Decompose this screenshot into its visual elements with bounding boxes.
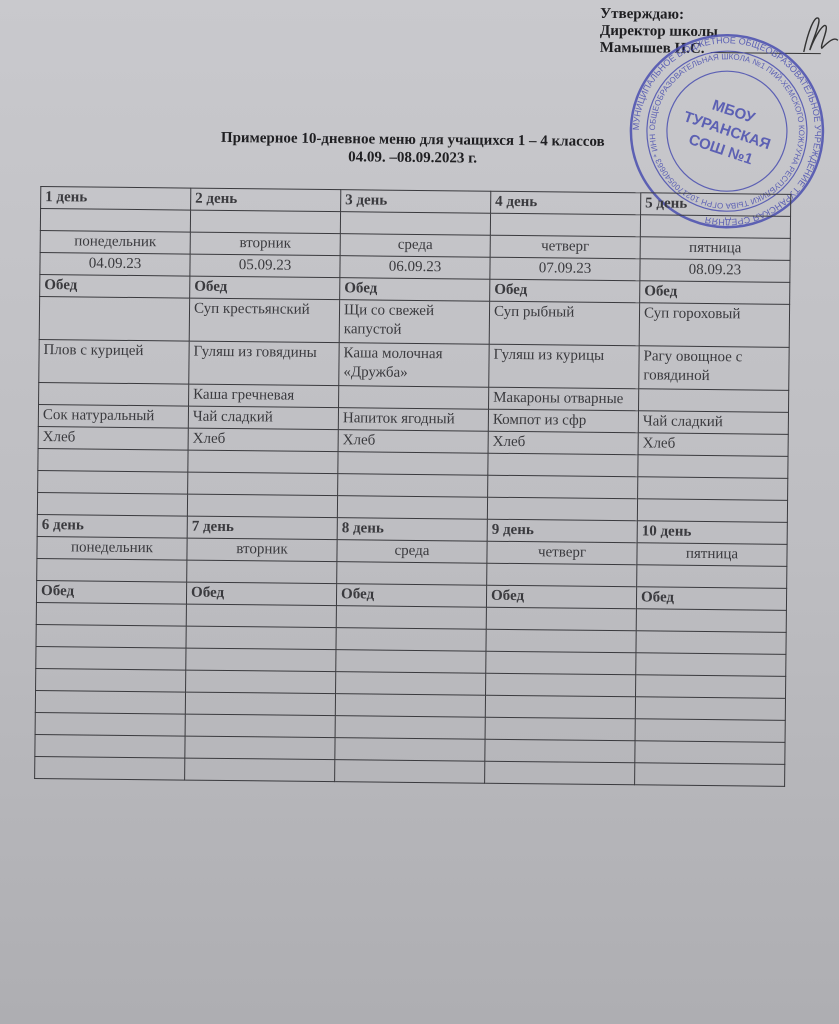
meal-header-row-cell: Обед <box>490 279 640 303</box>
dish-row-cell: Напиток ягодный <box>338 408 488 432</box>
empty-row-cell <box>636 631 786 655</box>
empty-row-cell <box>36 646 186 670</box>
empty-row-cell <box>187 560 337 584</box>
empty-row-cell <box>335 694 485 718</box>
dish-row-cell: Чай сладкий <box>188 406 338 430</box>
dish-row-cell <box>339 386 489 410</box>
empty-row-cell <box>190 210 340 234</box>
empty-row-cell <box>338 474 488 498</box>
empty-row-cell <box>35 756 185 780</box>
date-row-cell: 06.09.23 <box>340 256 490 280</box>
empty-row-cell <box>338 452 488 476</box>
empty-row-cell <box>186 648 336 672</box>
empty-row-cell <box>635 697 785 721</box>
meal-header-row-cell: Обед <box>190 276 340 300</box>
dish-row-cell: Плов с курицей <box>39 340 189 385</box>
dish-row-cell: Каша гречневая <box>189 384 339 408</box>
dish-row-cell: Сок натуральный <box>38 405 188 429</box>
dish-row-cell: Компот из сфр <box>488 409 638 433</box>
day-header-row-cell: 6 день <box>37 515 187 539</box>
empty-row-cell <box>37 559 187 583</box>
dish-row-cell: Гуляш из говядины <box>189 341 339 386</box>
dish-row-cell: Рагу овощное с говядиной <box>639 346 789 391</box>
meal-header-row-cell: Обед <box>336 584 486 608</box>
empty-row-cell <box>35 712 185 736</box>
dish-row-cell: Хлеб <box>38 427 188 451</box>
empty-row-cell <box>487 563 637 587</box>
day-header-row-cell: 8 день <box>337 518 487 542</box>
meal-header-row-cell: Обед <box>36 581 186 605</box>
empty-row-cell <box>635 719 785 743</box>
dish-row-cell <box>39 383 189 407</box>
empty-row-cell <box>38 449 188 473</box>
empty-row-cell <box>188 472 338 496</box>
empty-row-cell <box>638 477 788 501</box>
weekday-row-cell: понедельник <box>37 537 187 561</box>
empty-row-cell <box>36 624 186 648</box>
meal-header-row-cell: Обед <box>340 278 490 302</box>
empty-row-cell <box>485 761 635 785</box>
empty-row-cell <box>636 653 786 677</box>
meal-header-row-cell: Обед <box>636 587 786 611</box>
empty-row-cell <box>36 668 186 692</box>
day-header-row-cell: 1 день <box>41 187 191 211</box>
dish-row-cell: Щи со свежей капустой <box>339 300 489 345</box>
empty-row-cell <box>636 609 786 633</box>
empty-row-cell <box>185 758 335 782</box>
weekday-row-cell: пятница <box>640 237 790 261</box>
weekday-row-cell: вторник <box>190 232 340 256</box>
empty-row-cell <box>186 604 336 628</box>
dish-row-cell: Хлеб <box>338 430 488 454</box>
empty-row-cell <box>336 606 486 630</box>
weekday-row-cell: четверг <box>487 541 637 565</box>
weekday-row-cell: среда <box>337 540 487 564</box>
empty-row-cell <box>488 475 638 499</box>
empty-row-cell <box>637 499 787 523</box>
meal-header-row-cell: Обед <box>640 281 790 305</box>
empty-row-cell <box>40 209 190 233</box>
day-header-row-cell: 10 день <box>637 521 787 545</box>
empty-row-cell <box>638 455 788 479</box>
empty-row-cell <box>186 670 336 694</box>
empty-row-cell <box>485 739 635 763</box>
dish-row-cell <box>638 389 788 413</box>
dish-row-cell: Чай сладкий <box>638 411 788 435</box>
day-header-row-cell: 5 день <box>641 193 791 217</box>
empty-row-cell <box>38 471 188 495</box>
empty-row-cell <box>486 607 636 631</box>
empty-row-cell <box>486 651 636 675</box>
empty-row-cell <box>185 714 335 738</box>
dish-row-cell: Макароны отварные <box>489 387 639 411</box>
weekday-row-cell: вторник <box>187 538 337 562</box>
empty-row-cell <box>488 453 638 477</box>
empty-row-cell <box>485 695 635 719</box>
dish-row-cell: Каша молочная «Дружба» <box>339 343 489 388</box>
dish-row-cell: Хлеб <box>638 433 788 457</box>
dish-row-cell: Хлеб <box>488 431 638 455</box>
weekday-row-cell: среда <box>340 234 490 258</box>
empty-row-cell <box>635 741 785 765</box>
empty-row-cell <box>635 763 785 787</box>
empty-row-cell <box>35 734 185 758</box>
weekday-row-cell: пятница <box>637 543 787 567</box>
empty-row-cell <box>185 736 335 760</box>
date-row-cell: 05.09.23 <box>190 254 340 278</box>
meal-header-row-cell: Обед <box>486 585 636 609</box>
empty-row-cell <box>35 690 185 714</box>
meal-header-row-cell: Обед <box>40 275 190 299</box>
empty-row-cell <box>485 717 635 741</box>
empty-row-cell <box>36 602 186 626</box>
dish-row-cell: Суп крестьянский <box>189 298 339 343</box>
empty-row-cell <box>335 716 485 740</box>
empty-row-cell <box>187 494 337 518</box>
weekday-row-cell: четверг <box>490 235 640 259</box>
day-header-row-cell: 2 день <box>191 188 341 212</box>
empty-row-cell <box>487 497 637 521</box>
empty-row-cell <box>37 493 187 517</box>
empty-row-cell <box>637 565 787 589</box>
empty-row-cell <box>636 675 786 699</box>
empty-row-cell <box>490 213 640 237</box>
empty-row-cell <box>336 628 486 652</box>
document-title: Примерное 10-дневное меню для учащихся 1… <box>143 128 683 170</box>
weekday-row-cell: понедельник <box>40 231 190 255</box>
empty-row-cell <box>185 692 335 716</box>
empty-row-cell <box>486 629 636 653</box>
dish-row-cell: Хлеб <box>188 428 338 452</box>
empty-row-cell <box>340 212 490 236</box>
dish-row-cell: Суп рыбный <box>489 301 639 346</box>
day-header-row-cell: 7 день <box>187 516 337 540</box>
empty-row-cell <box>335 760 485 784</box>
empty-row-cell <box>336 672 486 696</box>
empty-row-cell <box>640 215 790 239</box>
date-row-cell: 07.09.23 <box>490 257 640 281</box>
dish-row-cell: Суп гороховый <box>639 303 789 348</box>
empty-row-cell <box>336 650 486 674</box>
empty-row-cell <box>188 450 338 474</box>
empty-row-cell <box>337 496 487 520</box>
dish-row-cell: Гуляш из курицы <box>489 344 639 389</box>
menu-table: 1 день2 день3 день4 день5 деньпонедельни… <box>34 186 791 787</box>
day-header-row-cell: 9 день <box>487 519 637 543</box>
date-row-cell: 04.09.23 <box>40 253 190 277</box>
meal-header-row-cell: Обед <box>186 582 336 606</box>
date-row-cell: 08.09.23 <box>640 259 790 283</box>
empty-row-cell <box>335 738 485 762</box>
empty-row-cell <box>337 562 487 586</box>
empty-row-cell <box>486 673 636 697</box>
day-header-row-cell: 3 день <box>341 190 491 214</box>
empty-row-cell <box>186 626 336 650</box>
document-page: Утверждаю: Директор школы Мамышев И.С. М… <box>0 0 839 1024</box>
dish-row-cell <box>39 297 189 342</box>
day-header-row-cell: 4 день <box>491 191 641 215</box>
